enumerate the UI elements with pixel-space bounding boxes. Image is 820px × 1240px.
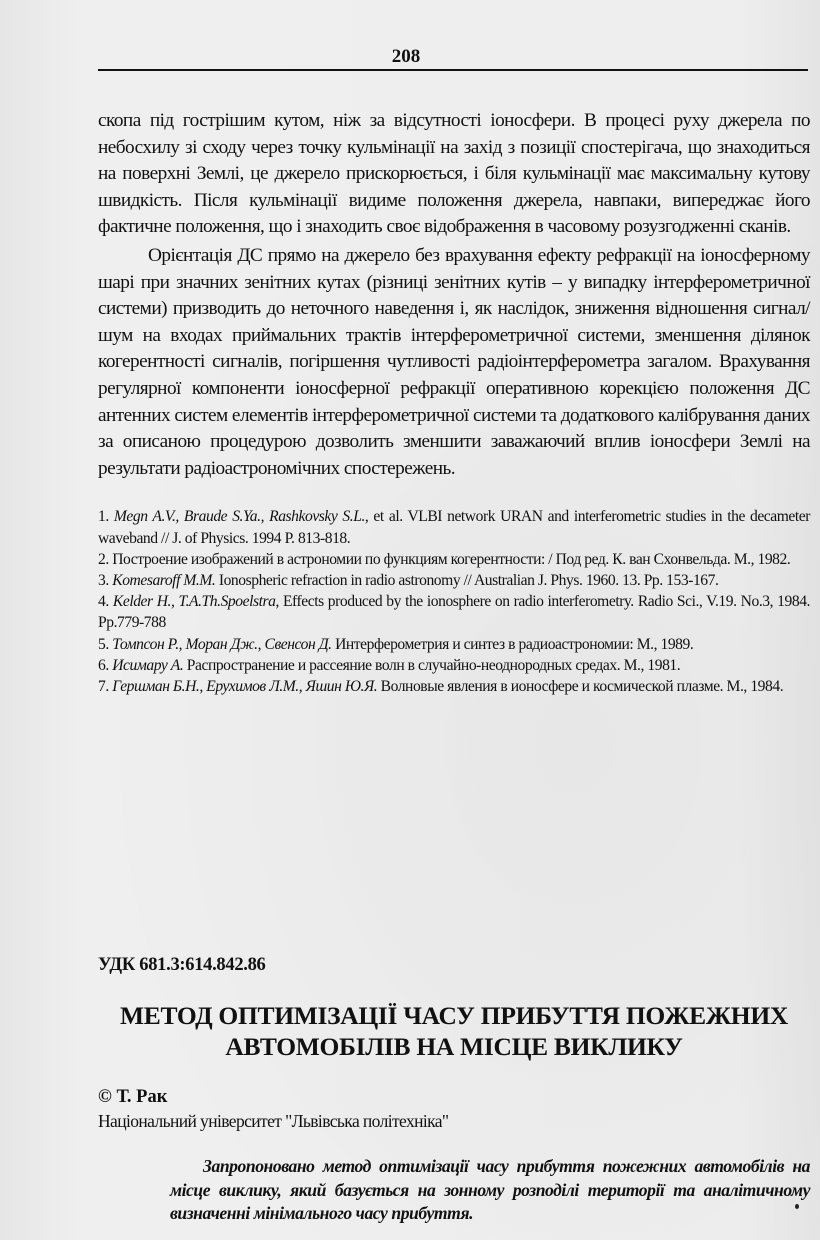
reference-list: 1. Megn A.V., Braude S.Ya., Rashkovsky S… <box>98 506 810 697</box>
reference-number: 1. <box>98 508 109 525</box>
reference-text: Построение изображений в астрономии по ф… <box>112 551 790 568</box>
reference-number: 2. <box>98 551 109 568</box>
reference-authors: Исимару А. <box>112 657 183 674</box>
reference-authors: Гершман Б.Н., Ерухимов Л.М., Яшин Ю.Я. <box>112 678 377 695</box>
body-paragraph-1: скопа під гострішим кутом, ніж за відсут… <box>98 108 810 241</box>
reference-authors: Megn A.V., Braude S.Ya., Rashkovsky S.L. <box>114 508 365 525</box>
reference-item: 7. Гершман Б.Н., Ерухимов Л.М., Яшин Ю.Я… <box>98 676 810 697</box>
reference-item: 2. Построение изображений в астрономии п… <box>98 549 810 570</box>
reference-item: 1. Megn A.V., Braude S.Ya., Rashkovsky S… <box>98 506 810 548</box>
header-rule <box>98 69 808 71</box>
reference-number: 5. <box>98 636 109 653</box>
reference-text: Ionospheric refraction in radio astronom… <box>215 572 718 589</box>
reference-number: 3. <box>98 572 109 589</box>
reference-item: 4. Kelder H., T.A.Th.Spoelstra, Effects … <box>98 591 810 633</box>
reference-text: Интерферометрия и синтез в радиоастроном… <box>332 636 694 653</box>
page-number: 208 <box>0 46 816 68</box>
reference-item: 5. Томпсон Р., Моран Дж., Свенсон Д. Инт… <box>98 634 810 655</box>
body-paragraph-2: Орієнтація ДС прямо на джерело без враху… <box>98 243 810 482</box>
reference-number: 7. <box>98 678 109 695</box>
article-title: МЕТОД ОПТИМІЗАЦІЇ ЧАСУ ПРИБУТТЯ ПОЖЕЖНИХ… <box>98 1000 810 1062</box>
article-title-line-2: АВТОМОБІЛІВ НА МІСЦЕ ВИКЛИКУ <box>98 1031 810 1062</box>
scan-speck <box>795 1204 799 1209</box>
main-content: скопа під гострішим кутом, ніж за відсут… <box>98 108 810 697</box>
reference-text: Волновые явления в ионосфере и космическ… <box>377 678 783 695</box>
article-abstract: Запропоновано метод оптимізації часу при… <box>170 1155 810 1226</box>
reference-authors: Томпсон Р., Моран Дж., Свенсон Д. <box>112 636 331 653</box>
reference-number: 6. <box>98 657 109 674</box>
reference-authors: Komesaroff M.M. <box>112 572 215 589</box>
reference-authors: Kelder H., T.A.Th.Spoelstra <box>113 593 276 610</box>
udk-code: УДК 681.3:614.842.86 <box>98 955 266 976</box>
author-affiliation: Національний університет "Львівська полі… <box>98 1111 448 1132</box>
reference-item: 3. Komesaroff M.M. Ionospheric refractio… <box>98 570 810 591</box>
reference-item: 6. Исимару А. Распространение и рассеяни… <box>98 655 810 676</box>
article-title-line-1: МЕТОД ОПТИМІЗАЦІЇ ЧАСУ ПРИБУТТЯ ПОЖЕЖНИХ <box>98 1000 810 1031</box>
article-author: © Т. Рак <box>98 1087 167 1108</box>
reference-number: 4. <box>98 593 109 610</box>
reference-text: Распространение и рассеяние волн в случа… <box>183 657 680 674</box>
